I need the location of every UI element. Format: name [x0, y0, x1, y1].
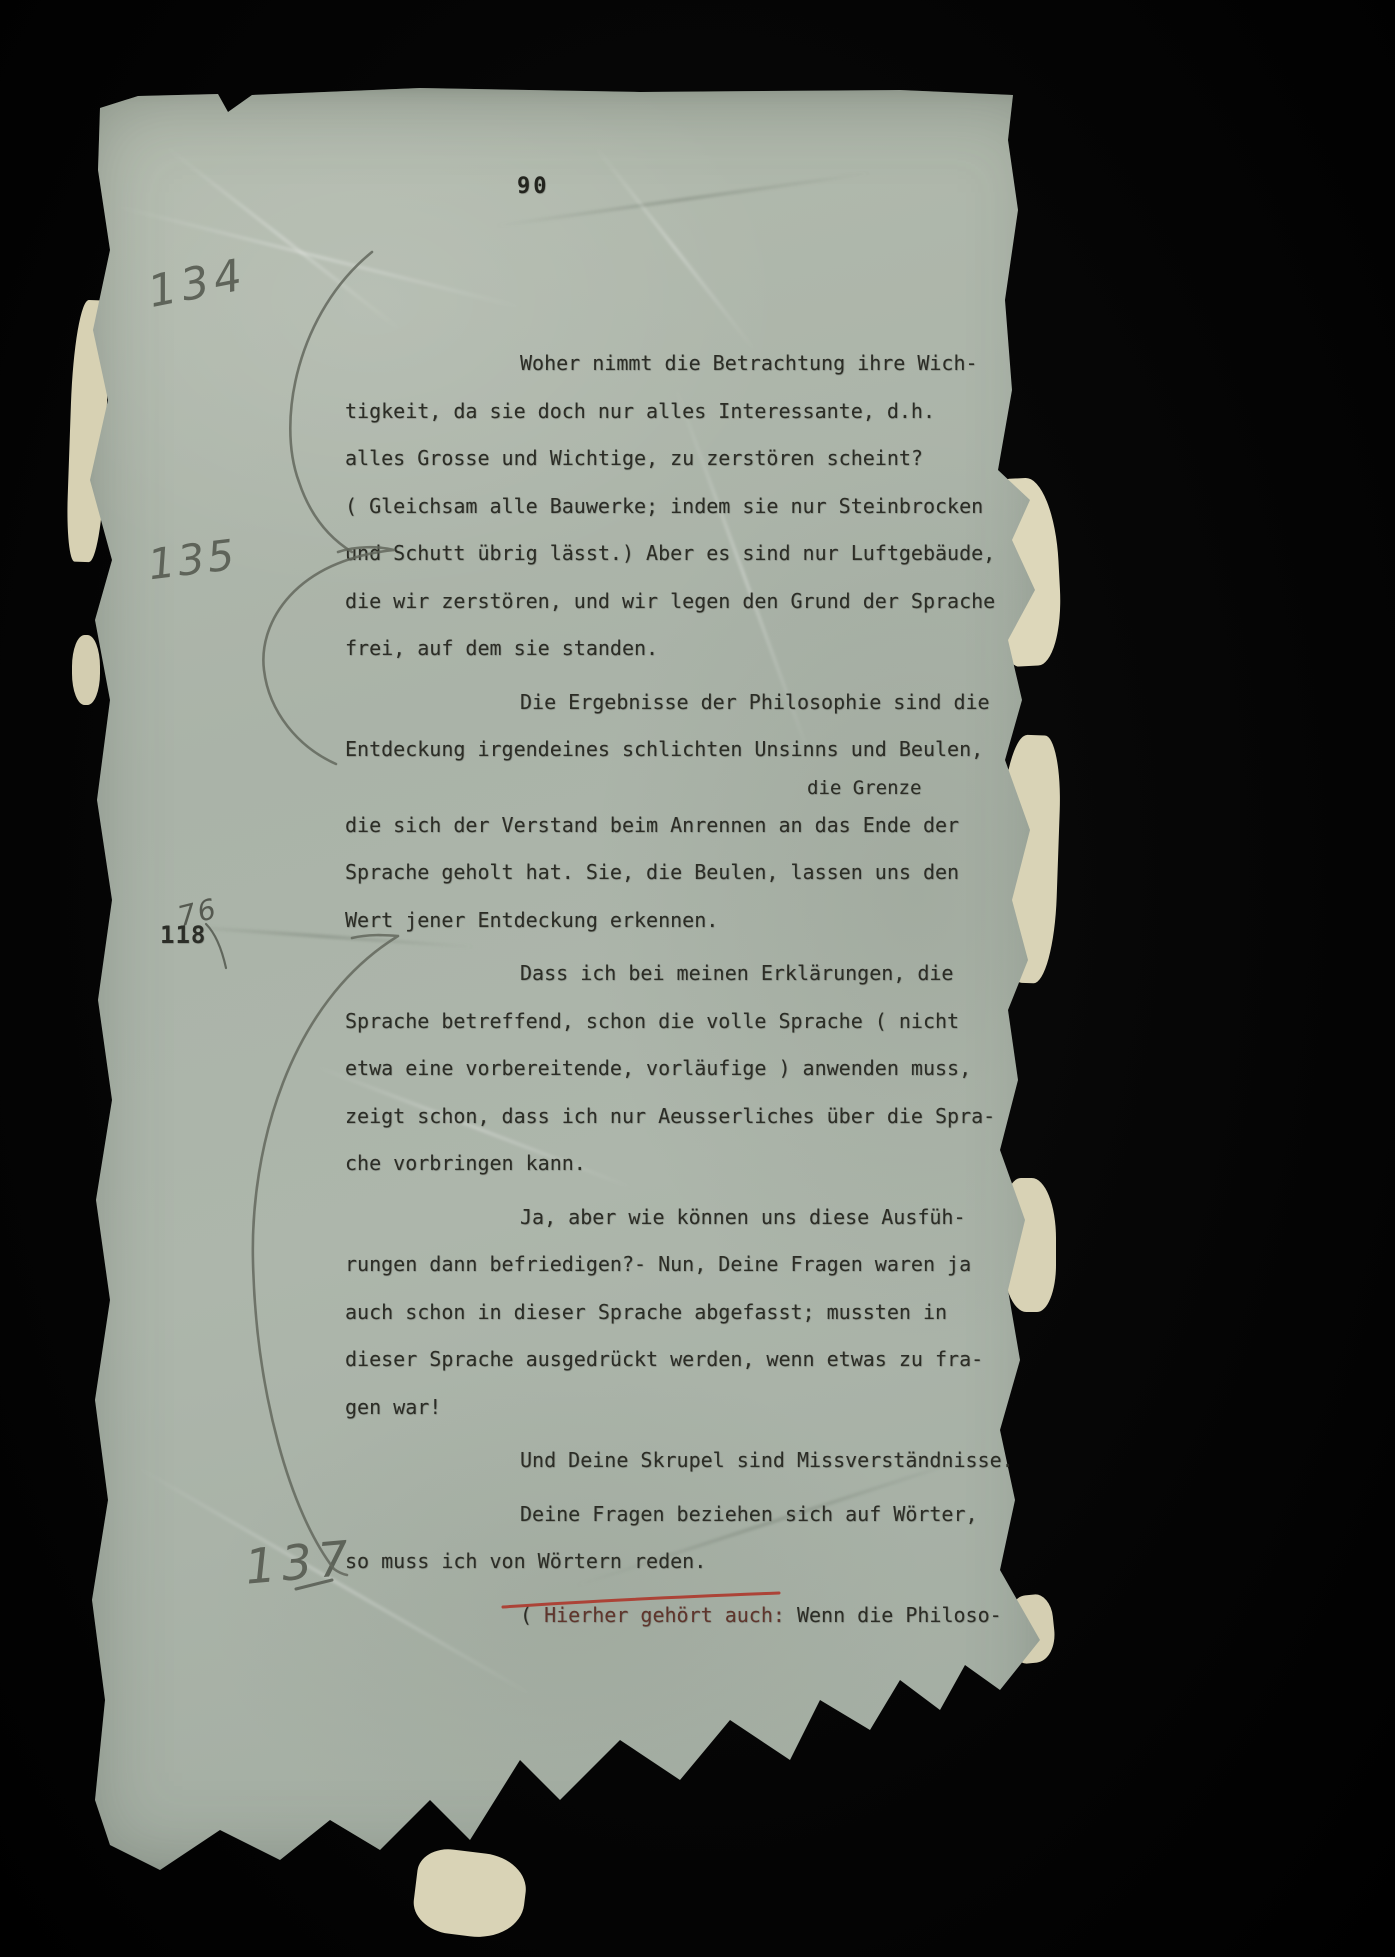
- typed-line: ( Gleichsam alle Bauwerke; indem sie nur…: [345, 483, 1045, 531]
- typed-paragraph: Die Ergebnisse der Philosophie sind dieE…: [345, 679, 1045, 945]
- typed-line: frei, auf dem sie standen.: [345, 625, 1045, 673]
- typed-line: Sprache betreffend, schon die volle Spra…: [345, 998, 1045, 1046]
- typed-line: Wert jener Entdeckung erkennen.: [345, 897, 1045, 945]
- typed-text-segment: Wenn die Philoso-: [785, 1603, 1002, 1627]
- typed-line: Und Deine Skrupel sind Missverständnisse…: [345, 1437, 1045, 1485]
- typed-text-block: Woher nimmt die Betrachtung ihre Wich-ti…: [345, 340, 1045, 1639]
- typed-paragraph: Und Deine Skrupel sind Missverständnisse…: [345, 1437, 1045, 1485]
- typed-line: etwa eine vorbereitende, vorläufige ) an…: [345, 1045, 1045, 1093]
- paper-crease: [594, 145, 756, 351]
- typed-line: rungen dann befriedigen?- Nun, Deine Fra…: [345, 1241, 1045, 1289]
- photograph-of-typescript-page: { "document": { "page_number": "90", "ma…: [0, 0, 1395, 1957]
- typed-line: Woher nimmt die Betrachtung ihre Wich-: [345, 340, 1045, 388]
- typed-line: dieser Sprache ausgedrückt werden, wenn …: [345, 1336, 1045, 1384]
- typed-text-segment: (: [520, 1603, 544, 1627]
- typed-paragraph: Ja, aber wie können uns diese Ausfüh-run…: [345, 1194, 1045, 1432]
- typed-line: auch schon in dieser Sprache abgefasst; …: [345, 1289, 1045, 1337]
- typed-line: che vorbringen kann.: [345, 1140, 1045, 1188]
- typed-line: Ja, aber wie können uns diese Ausfüh-: [345, 1194, 1045, 1242]
- struck-text: Hierher gehört auch:: [544, 1603, 785, 1627]
- pencil-margin-number-137: 137: [243, 1530, 357, 1595]
- typed-line: Die Ergebnisse der Philosophie sind die: [345, 679, 1045, 727]
- typed-line: so muss ich von Wörtern reden.: [345, 1538, 1045, 1586]
- typed-line: die wir zerstören, und wir legen den Gru…: [345, 578, 1045, 626]
- typed-margin-number-118: 118: [160, 921, 206, 949]
- torn-paper-scrap: [72, 635, 100, 705]
- typed-line: Entdeckung irgendeines schlichten Unsinn…: [345, 726, 1045, 774]
- typed-line: Sprache geholt hat. Sie, die Beulen, las…: [345, 849, 1045, 897]
- typed-line: alles Grosse und Wichtige, zu zerstören …: [345, 435, 1045, 483]
- inserted-correction: die Grenze: [345, 774, 1045, 802]
- typed-line: Deine Fragen beziehen sich auf Wörter,: [345, 1491, 1045, 1539]
- torn-paper-scrap: [410, 1846, 529, 1943]
- typed-paragraph: Woher nimmt die Betrachtung ihre Wich-ti…: [345, 340, 1045, 673]
- paper-crease: [495, 172, 872, 227]
- page-number: 90: [517, 174, 550, 199]
- typed-paragraph: ( Hierher gehört auch: Wenn die Philoso-: [345, 1592, 1045, 1640]
- typed-line: tigkeit, da sie doch nur alles Interessa…: [345, 388, 1045, 436]
- typed-paragraph: Deine Fragen beziehen sich auf Wörter,so…: [345, 1491, 1045, 1586]
- typed-line: Dass ich bei meinen Erklärungen, die: [345, 950, 1045, 998]
- typed-line: ( Hierher gehört auch: Wenn die Philoso-: [345, 1592, 1045, 1640]
- typed-line: zeigt schon, dass ich nur Aeusserliches …: [345, 1093, 1045, 1141]
- typed-paragraph: Dass ich bei meinen Erklärungen, dieSpra…: [345, 950, 1045, 1188]
- typed-line: die sich der Verstand beim Anrennen an d…: [345, 802, 1045, 850]
- typed-line: gen war!: [345, 1384, 1045, 1432]
- typed-line: und Schutt übrig lässt.) Aber es sind nu…: [345, 530, 1045, 578]
